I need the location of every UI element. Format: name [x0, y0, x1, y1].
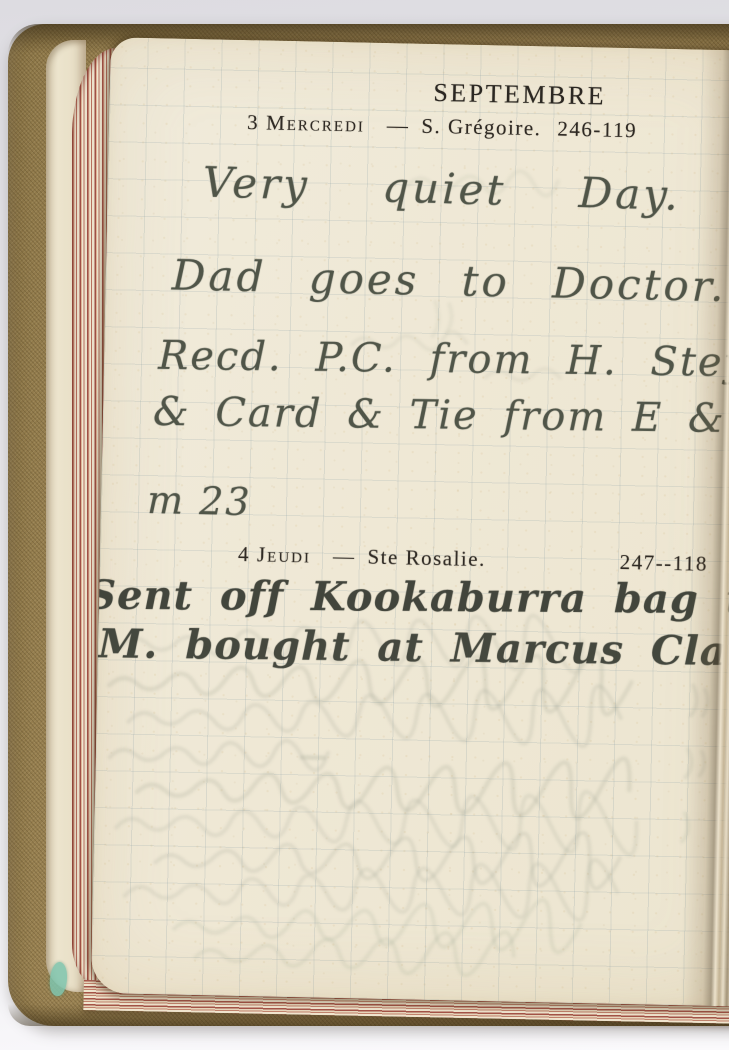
handwritten-line: Recd. P.C. from H. Stey	[158, 333, 729, 386]
diary-page: SEPTEMBRE 3Mercredi—S. Grégoire.246-119 …	[91, 37, 729, 1006]
month-header: SEPTEMBRE	[409, 77, 630, 112]
handwritten-line: M. bought at Marcus Clark's.	[98, 620, 729, 676]
weekday-label: Jeudi	[257, 542, 311, 567]
handwritten-line: & Card & Tie from E & E.	[153, 389, 729, 443]
handwritten-line: Sent off Kookaburra bag to	[91, 572, 729, 624]
day-number: 4	[238, 542, 250, 566]
date-heading-left: 4Jeudi—Ste Rosalie.	[238, 542, 486, 572]
separator-dash: —	[387, 113, 410, 137]
separator-dash: —	[333, 544, 356, 568]
handwritten-note: m 23	[147, 478, 252, 524]
photo-backdrop: SEPTEMBRE 3Mercredi—S. Grégoire.246-119 …	[0, 0, 729, 1050]
saint-name: Ste Rosalie.	[367, 545, 486, 571]
day-number: 3	[247, 110, 259, 134]
day-of-year-count: 246-119	[557, 117, 637, 143]
saint-name: S. Grégoire.	[421, 114, 542, 141]
weekday-label: Mercredi	[266, 110, 365, 136]
